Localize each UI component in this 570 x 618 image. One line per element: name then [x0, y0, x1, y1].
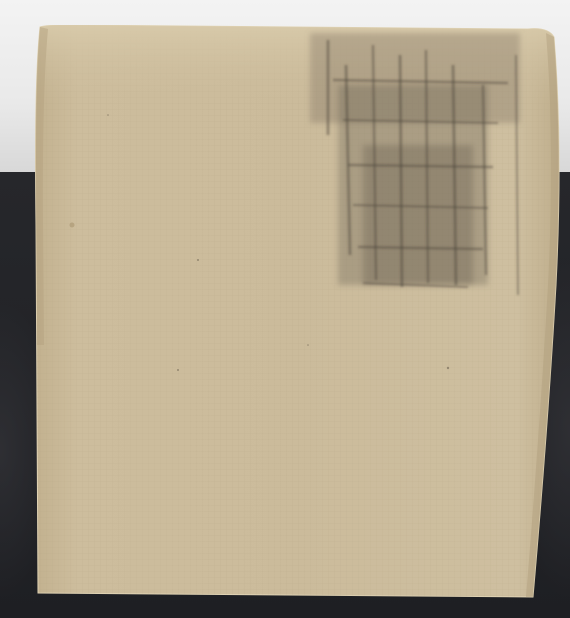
graph-paper-sheet	[28, 25, 563, 600]
